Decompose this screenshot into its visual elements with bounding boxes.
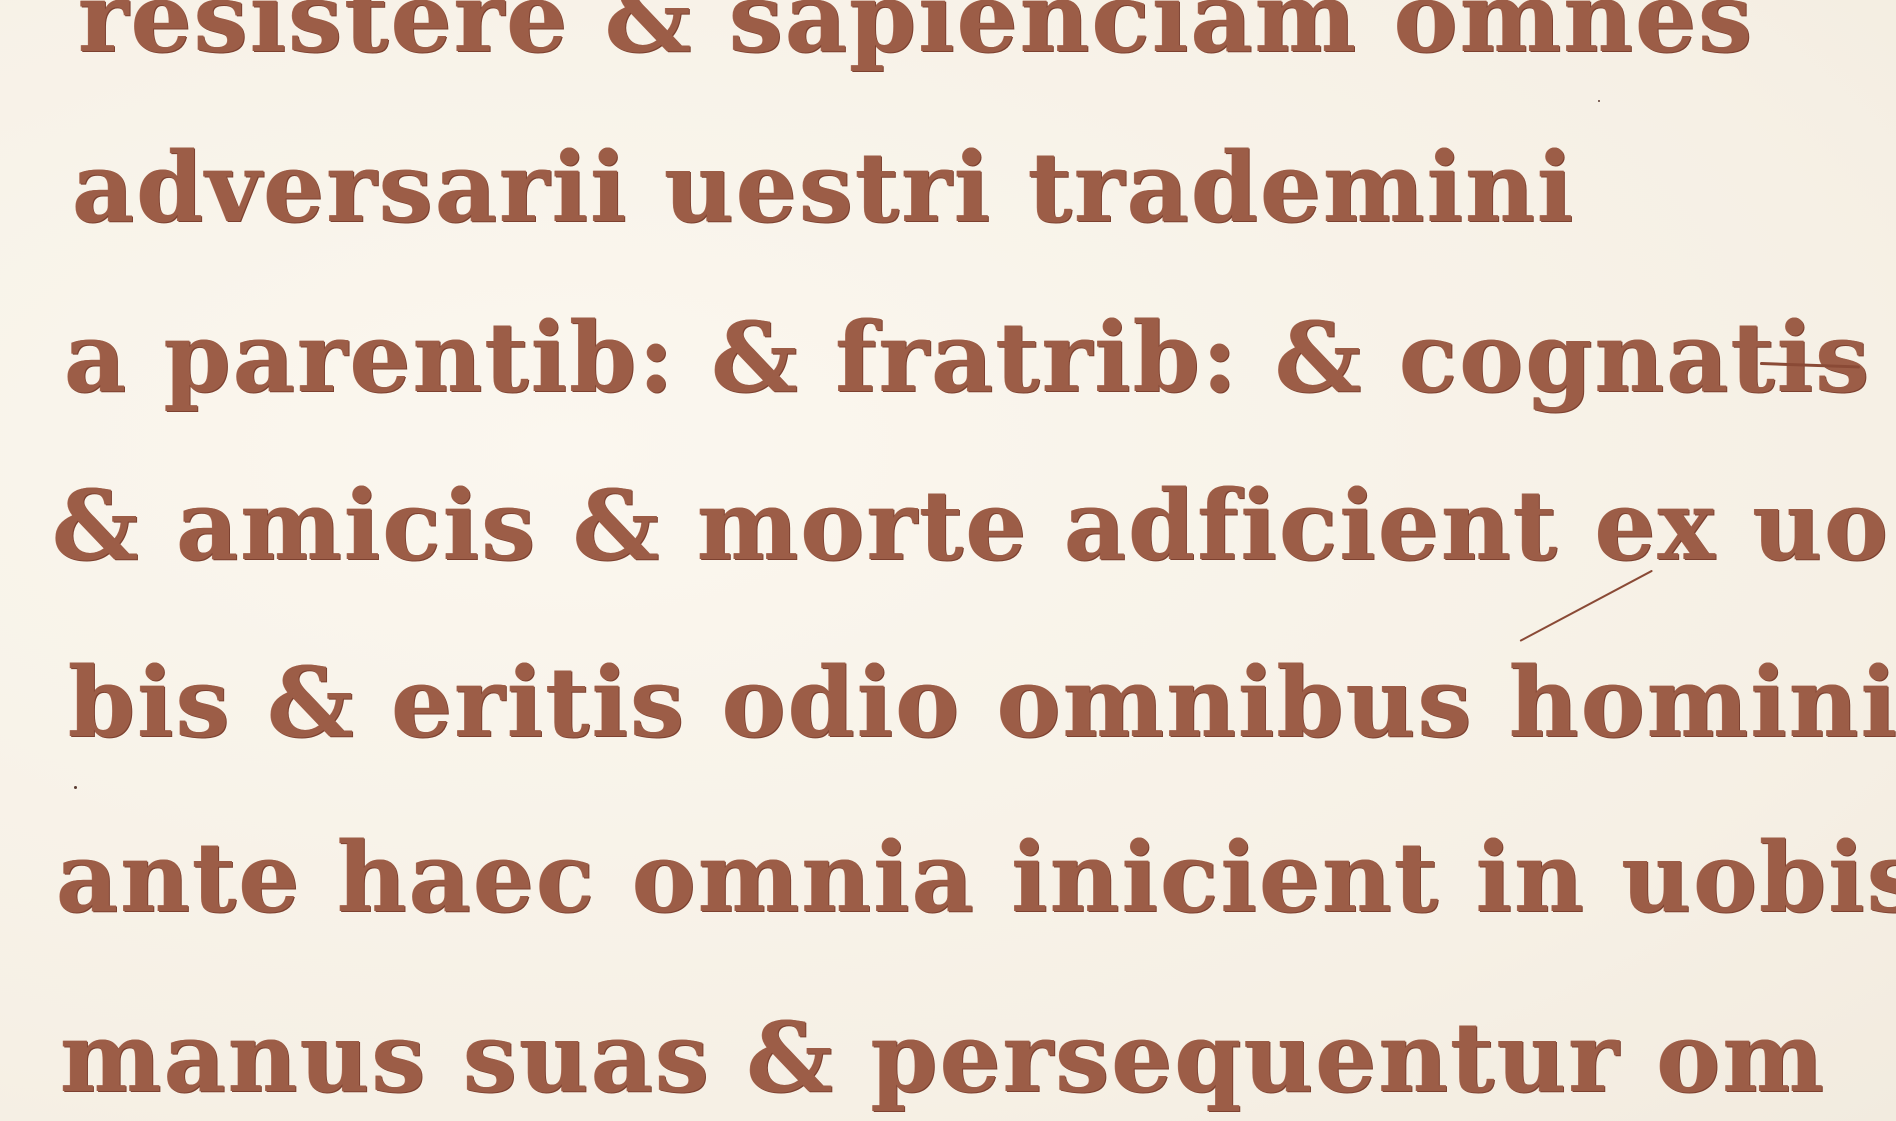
ink-speck	[1598, 100, 1600, 102]
manuscript-line-5: bis & eritis odio omnibus hominib:	[68, 655, 1896, 751]
manuscript-line-3: a parentib: & fratrib: & cognatis	[64, 310, 1871, 406]
manuscript-page: resistere & sapienciam omnes adversarii …	[0, 0, 1896, 1121]
ink-speck	[74, 786, 77, 789]
manuscript-line-4: & amicis & morte adficient ex uo	[52, 478, 1890, 574]
manuscript-line-6: ante haec omnia inicient in uobis	[56, 830, 1896, 926]
manuscript-line-7: manus suas & persequentur om	[60, 1010, 1826, 1106]
manuscript-line-1: resistere & sapienciam omnes	[78, 0, 1754, 66]
manuscript-line-2: adversarii uestri trademini	[72, 140, 1575, 236]
